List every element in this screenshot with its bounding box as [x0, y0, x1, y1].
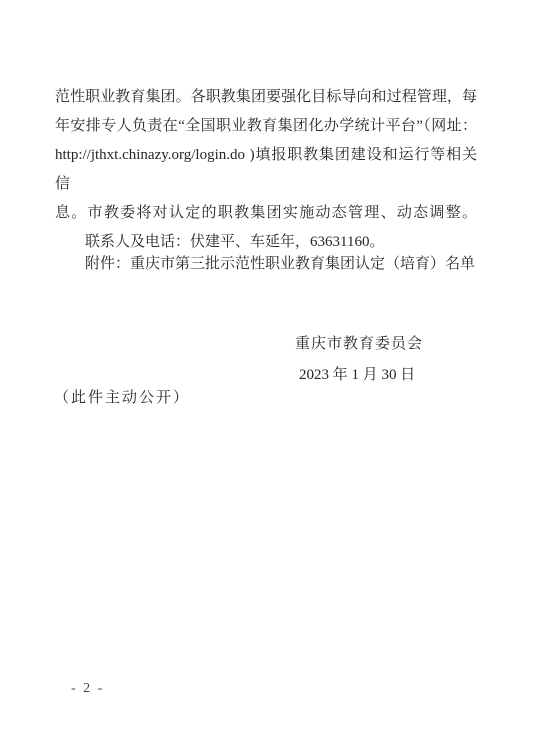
body-line-1: 范性职业教育集团。各职教集团要强化目标导向和过程管理，每: [55, 83, 477, 112]
body-paragraph: 范性职业教育集团。各职教集团要强化目标导向和过程管理，每 年安排专人负责在“全国…: [55, 83, 477, 257]
disclosure-note: （此件主动公开）: [54, 385, 190, 411]
body-line-4: 息。市教委将对认定的职教集团实施动态管理、动态调整。: [55, 199, 477, 228]
signature-organization: 重庆市教育委员会: [295, 330, 423, 359]
attachment-line: 附件：重庆市第三批示范性职业教育集团认定（培育）名单: [55, 250, 495, 279]
body-line-2: 年安排专人负责在“全国职业教育集团化办学统计平台”（网址：: [55, 112, 477, 141]
body-line-3: http://jthxt.chinazy.org/login.do )填报职教集…: [55, 141, 477, 199]
page-number: - 2 -: [71, 679, 104, 699]
signature-date: 2023 年 1 月 30 日: [299, 361, 415, 390]
document-page: 范性职业教育集团。各职教集团要强化目标导向和过程管理，每 年安排专人负责在“全国…: [0, 0, 533, 753]
